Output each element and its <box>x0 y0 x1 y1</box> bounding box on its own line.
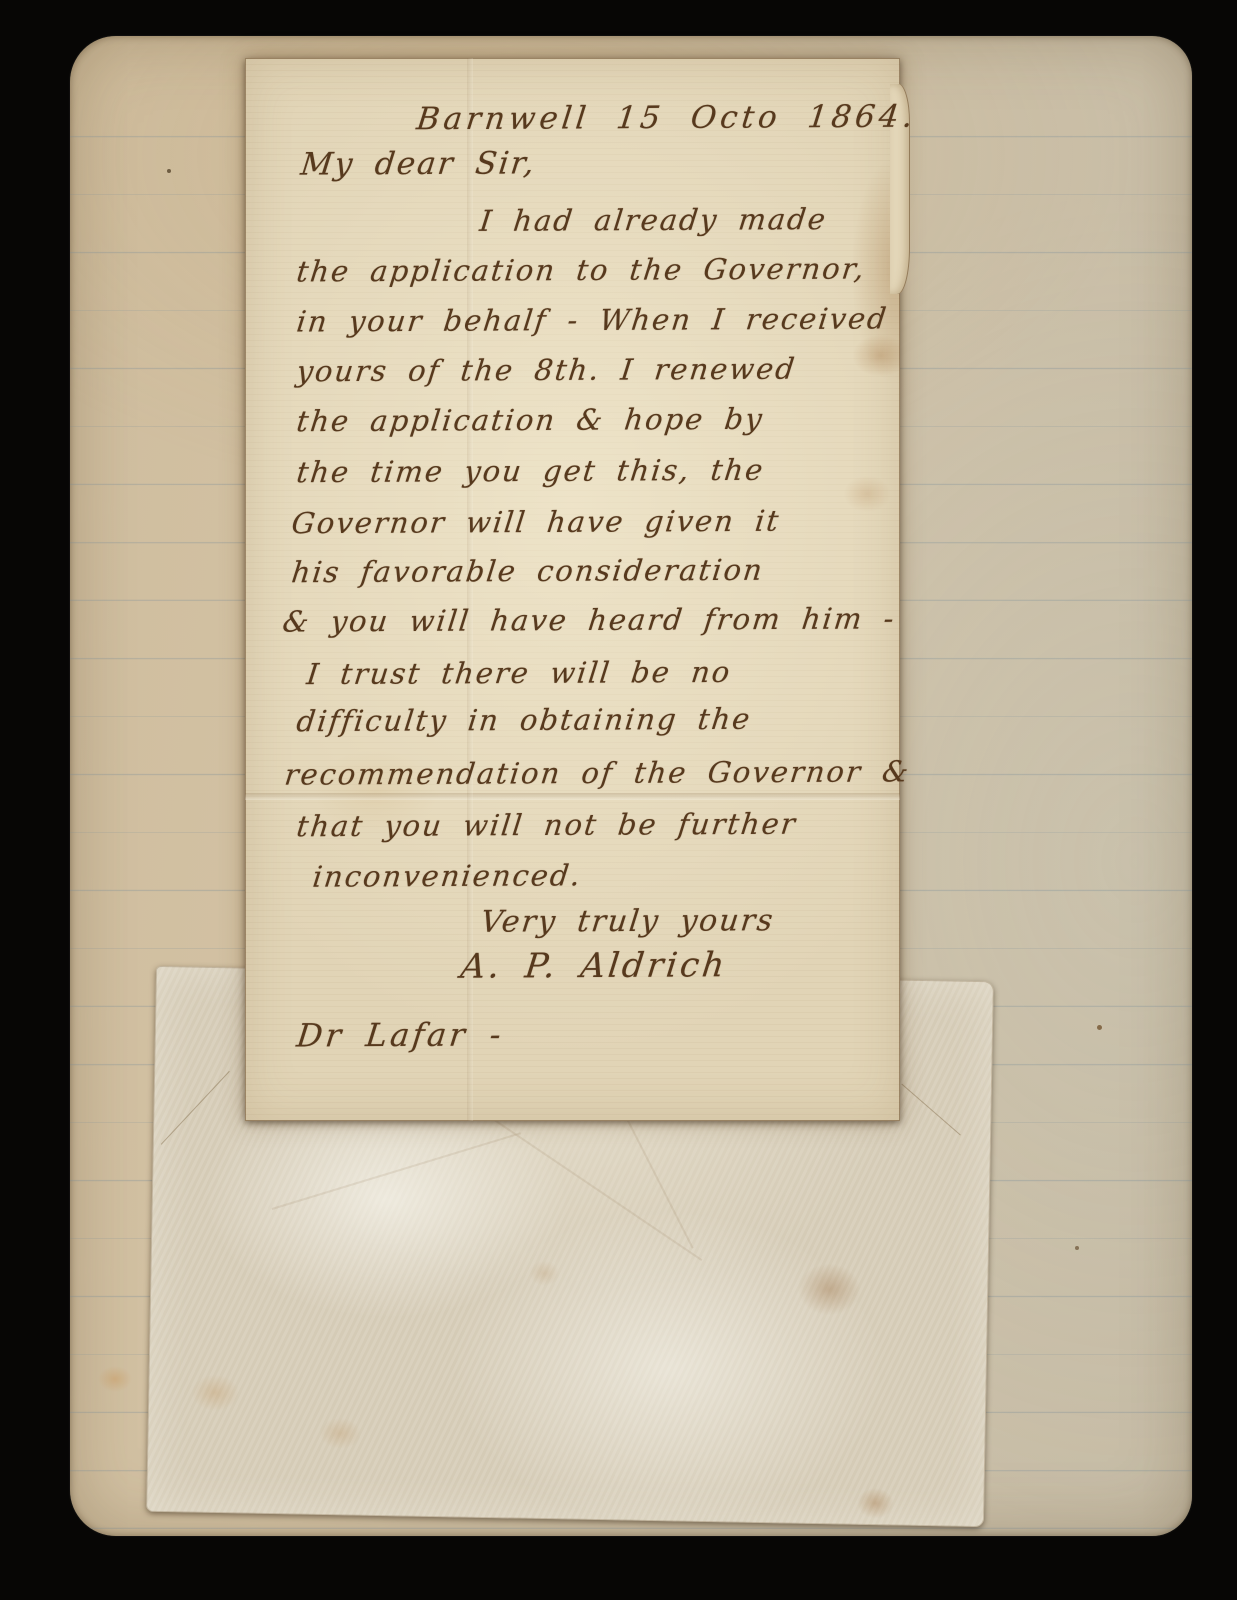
letter-page: Barnwell 15 Octo 1864. My dear Sir, I ha… <box>245 58 900 1121</box>
paper-speck <box>1097 1025 1102 1030</box>
photo-background: Barnwell 15 Octo 1864. My dear Sir, I ha… <box>0 0 1237 1600</box>
letter-line: his favorable consideration <box>290 553 766 589</box>
letter-place-date: Barnwell 15 Octo 1864. <box>415 99 919 138</box>
letter-line: in your behalf - When I received <box>295 301 890 338</box>
letter-addressee: Dr Lafar - <box>295 1015 506 1054</box>
envelope-crease <box>272 1132 521 1210</box>
stain <box>98 1366 132 1392</box>
letter-line: recommendation of the Governor & <box>283 754 912 791</box>
letter-line: inconvenienced. <box>311 858 584 893</box>
letter-line: the application & hope by <box>295 402 766 438</box>
letter-line: that you will not be further <box>295 807 799 844</box>
letter-line: I trust there will be no <box>305 655 734 691</box>
letter-line: the application to the Governor, <box>295 252 868 289</box>
letter-line: I had already made <box>478 202 829 238</box>
letter-signature: A. P. Aldrich <box>459 945 730 986</box>
envelope-flap-crease <box>161 1071 230 1145</box>
letter-closing: Very truly yours <box>479 903 777 940</box>
letter-line: difficulty in obtaining the <box>295 702 754 738</box>
envelope-flap-crease <box>901 1084 960 1136</box>
letter-line: yours of the 8th. I renewed <box>295 352 798 389</box>
letter-line: Governor will have given it <box>290 504 782 541</box>
paper-speck <box>167 169 171 173</box>
letter-line: & you will have heard from him - <box>281 601 898 638</box>
fold-crease <box>245 793 900 800</box>
letter-salutation: My dear Sir, <box>299 145 538 182</box>
letter-line: the time you get this, the <box>295 453 767 489</box>
paper-speck <box>1075 1246 1079 1250</box>
album-page: Barnwell 15 Octo 1864. My dear Sir, I ha… <box>70 36 1192 1536</box>
